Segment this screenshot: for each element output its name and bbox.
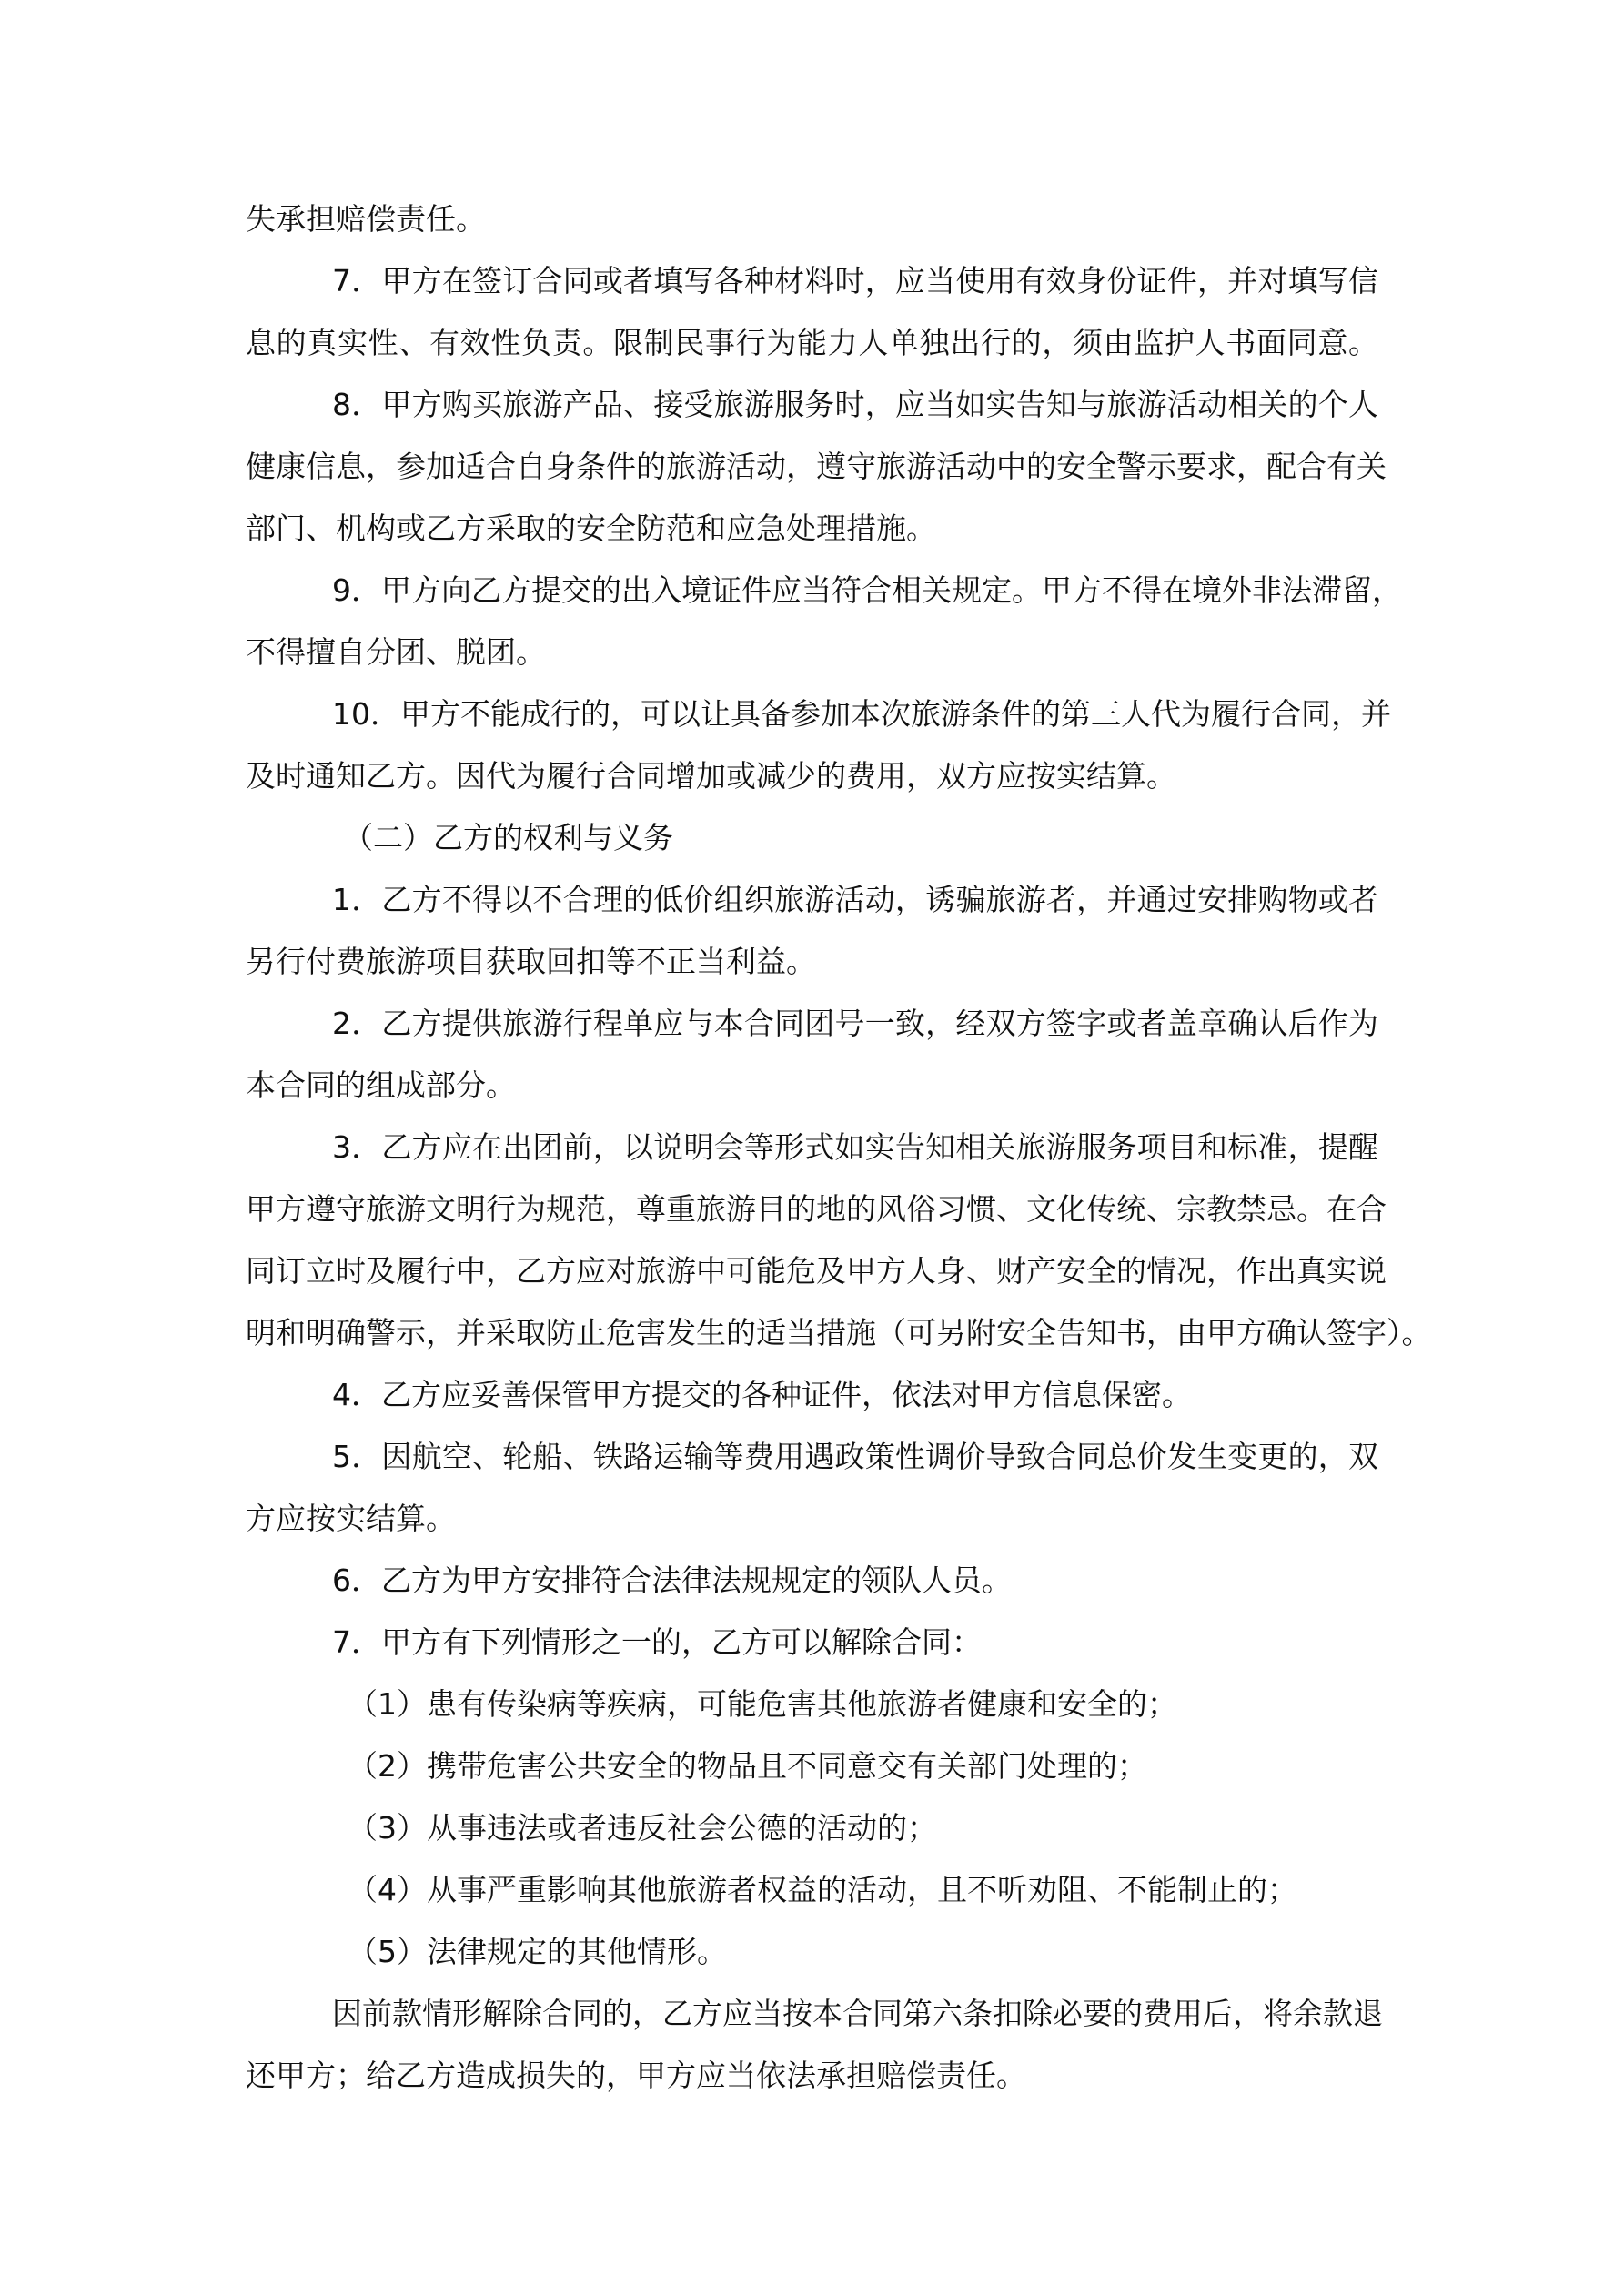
text-line: 部门、机构或乙方采取的安全防范和应急处理措施。: [246, 511, 1378, 547]
text-line: 失承担赔偿责任。: [246, 201, 1378, 238]
text-line: 及时通知乙方。因代为履行合同增加或减少的费用，双方应按实结算。: [246, 758, 1378, 794]
text-line: 不得擅自分团、脱团。: [246, 634, 1378, 671]
text-line: 8．甲方购买旅游产品、接受旅游服务时，应当如实告知与旅游活动相关的个人: [332, 387, 1378, 423]
text-line: 6．乙方为甲方安排符合法律法规规定的领队人员。: [332, 1563, 1378, 1599]
list-item: （5）法律规定的其他情形。: [348, 1934, 1378, 1970]
text-line: 还甲方；给乙方造成损失的，甲方应当依法承担赔偿责任。: [246, 2058, 1378, 2094]
list-item: （3）从事违法或者违反社会公德的活动的；: [348, 1810, 1378, 1846]
text-line: 息的真实性、有效性负责。限制民事行为能力人单独出行的，须由监护人书面同意。: [246, 325, 1378, 361]
text-line: 2．乙方提供旅游行程单应与本合同团号一致，经双方签字或者盖章确认后作为: [332, 1006, 1378, 1042]
text-line: 1．乙方不得以不合理的低价组织旅游活动，诱骗旅游者，并通过安排购物或者: [332, 882, 1378, 918]
text-line: 健康信息，参加适合自身条件的旅游活动，遵守旅游活动中的安全警示要求，配合有关: [246, 449, 1378, 485]
text-line: 另行付费旅游项目获取回扣等不正当利益。: [246, 944, 1378, 980]
text-line: 方应按实结算。: [246, 1501, 1378, 1537]
document-page: 失承担赔偿责任。 7．甲方在签订合同或者填写各种材料时，应当使用有效身份证件，并…: [0, 0, 1624, 2296]
text-line: 9．甲方向乙方提交的出入境证件应当符合相关规定。甲方不得在境外非法滞留，: [332, 572, 1378, 609]
text-line: 5．因航空、轮船、铁路运输等费用遇政策性调价导致合同总价发生变更的，双: [332, 1439, 1378, 1475]
text-line: 因前款情形解除合同的，乙方应当按本合同第六条扣除必要的费用后，将余款退: [332, 1996, 1378, 2032]
list-item: （2）携带危害公共安全的物品且不同意交有关部门处理的；: [348, 1748, 1378, 1785]
text-line: 本合同的组成部分。: [246, 1067, 1378, 1104]
text-line: 甲方遵守旅游文明行为规范，尊重旅游目的地的风俗习惯、文化传统、宗教禁忌。在合: [246, 1191, 1378, 1228]
text-line: 10．甲方不能成行的，可以让具备参加本次旅游条件的第三人代为履行合同，并: [332, 696, 1378, 733]
text-line: 3．乙方应在出团前，以说明会等形式如实告知相关旅游服务项目和标准，提醒: [332, 1129, 1378, 1166]
text-line: 同订立时及履行中，乙方应对旅游中可能危及甲方人身、财产安全的情况，作出真实说: [246, 1253, 1378, 1290]
text-line: 明和明确警示，并采取防止危害发生的适当措施（可另附安全告知书，由甲方确认签字）。: [246, 1315, 1378, 1351]
list-item: （1）患有传染病等疾病，可能危害其他旅游者健康和安全的；: [348, 1686, 1378, 1723]
text-line: 4．乙方应妥善保管甲方提交的各种证件，依法对甲方信息保密。: [332, 1377, 1378, 1413]
section-heading: （二）乙方的权利与义务: [343, 820, 1378, 856]
text-line: 7．甲方在签订合同或者填写各种材料时，应当使用有效身份证件，并对填写信: [332, 263, 1378, 299]
text-line: 7．甲方有下列情形之一的，乙方可以解除合同：: [332, 1624, 1378, 1661]
list-item: （4）从事严重影响其他旅游者权益的活动，且不听劝阻、不能制止的；: [348, 1872, 1378, 1908]
